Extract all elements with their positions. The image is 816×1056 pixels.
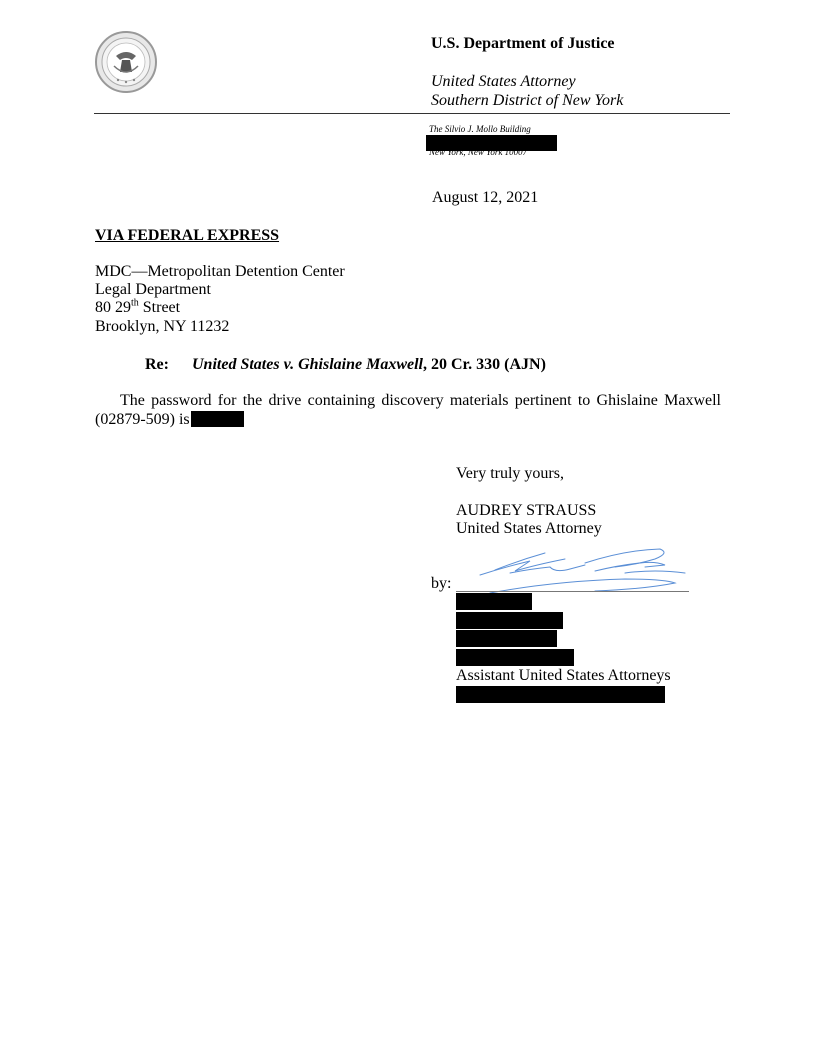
case-number: , 20 Cr. 330 (AJN) <box>423 356 546 373</box>
signatory-title: United States Attorney <box>456 520 602 538</box>
redacted-signer-1 <box>456 593 532 610</box>
office-district: Southern District of New York <box>431 92 623 110</box>
recipient-line-4: Brooklyn, NY 11232 <box>95 318 229 336</box>
letter-date: August 12, 2021 <box>432 189 538 207</box>
street-name: Street <box>139 299 180 316</box>
body-paragraph: The password for the drive containing di… <box>95 391 721 429</box>
redacted-street-address <box>426 135 557 151</box>
office-title: United States Attorney <box>431 73 576 91</box>
recipient-line-2: Legal Department <box>95 281 211 299</box>
recipient-line-1: MDC—Metropolitan Detention Center <box>95 263 345 281</box>
doj-seal-icon <box>94 30 158 94</box>
letterhead-divider <box>94 113 730 114</box>
redacted-password <box>191 411 244 427</box>
delivery-method: VIA FEDERAL EXPRESS <box>95 227 279 245</box>
body-text: The password for the drive containing di… <box>95 392 721 428</box>
department-name: U.S. Department of Justice <box>431 35 615 53</box>
redacted-contact <box>456 686 665 703</box>
signers-title: Assistant United States Attorneys <box>456 667 671 685</box>
building-name: The Silvio J. Mollo Building <box>429 124 531 134</box>
redacted-signer-2 <box>456 612 563 629</box>
re-label: Re: <box>145 356 169 374</box>
closing-salutation: Very truly yours, <box>456 465 564 483</box>
by-label: by: <box>431 575 451 593</box>
handwritten-signature <box>475 545 690 595</box>
case-name: United States v. Ghislaine Maxwell <box>192 356 423 373</box>
redacted-signer-4 <box>456 649 574 666</box>
street-suffix: th <box>131 298 139 309</box>
redacted-signer-3 <box>456 630 557 647</box>
signatory-name: AUDREY STRAUSS <box>456 502 596 520</box>
signature-line <box>456 591 689 592</box>
recipient-line-3: 80 29th Street <box>95 299 180 317</box>
street-number: 80 29 <box>95 299 131 316</box>
case-caption: United States v. Ghislaine Maxwell, 20 C… <box>192 356 546 374</box>
